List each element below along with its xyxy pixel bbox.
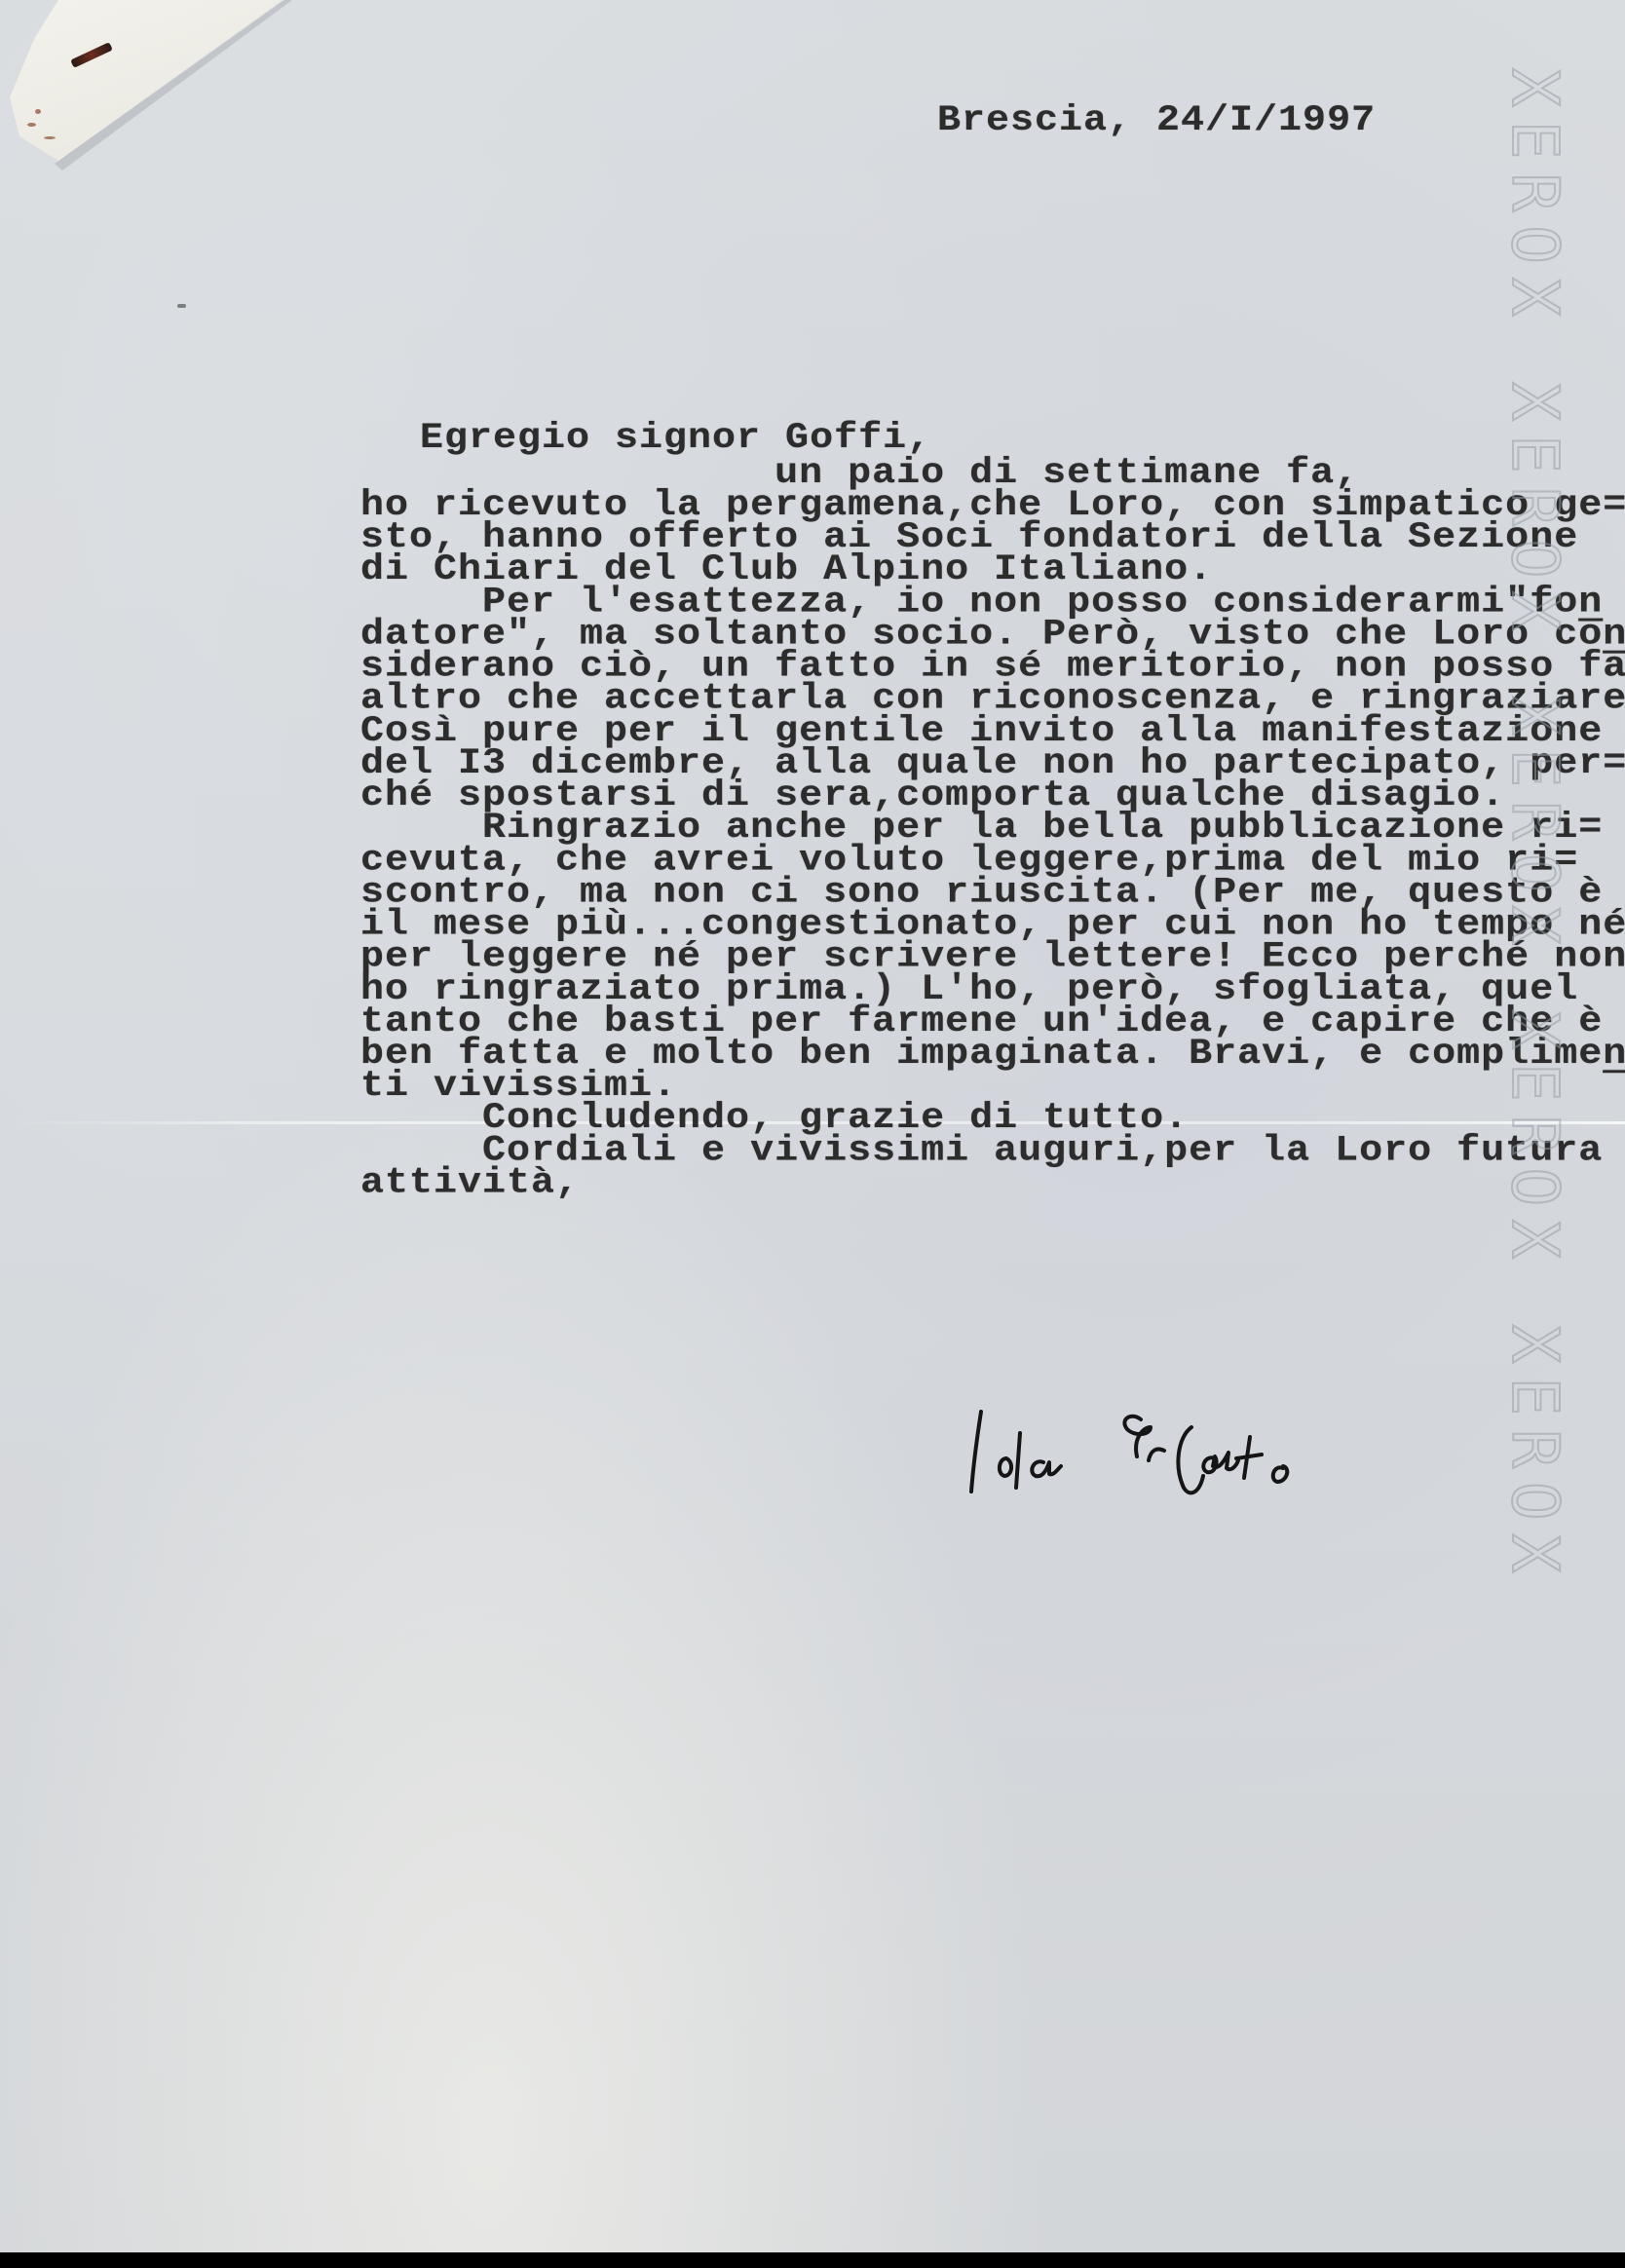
letter-body: un paio di settimane fa,ho ricevuto la p… — [360, 458, 1625, 1200]
handwritten-signature — [960, 1398, 1330, 1505]
letter-line: attività, — [360, 1168, 1625, 1200]
ink-speck — [177, 304, 186, 308]
rust-spot — [35, 109, 41, 114]
rust-spot — [27, 123, 36, 127]
xerox-watermark-stamp: XEROX XEROX XEROX XEROX XEROX — [1491, 68, 1578, 2095]
rust-spot — [44, 136, 56, 139]
stamp-text: XEROX XEROX XEROX XEROX XEROX — [1491, 68, 1578, 2095]
salutation: Egregio signor Goffi, — [420, 423, 931, 455]
folded-corner — [0, 0, 292, 166]
date-line: Brescia, 24/I/1997 — [937, 105, 1376, 137]
letter-paper: Brescia, 24/I/1997 Egregio signor Goffi,… — [0, 0, 1625, 2252]
